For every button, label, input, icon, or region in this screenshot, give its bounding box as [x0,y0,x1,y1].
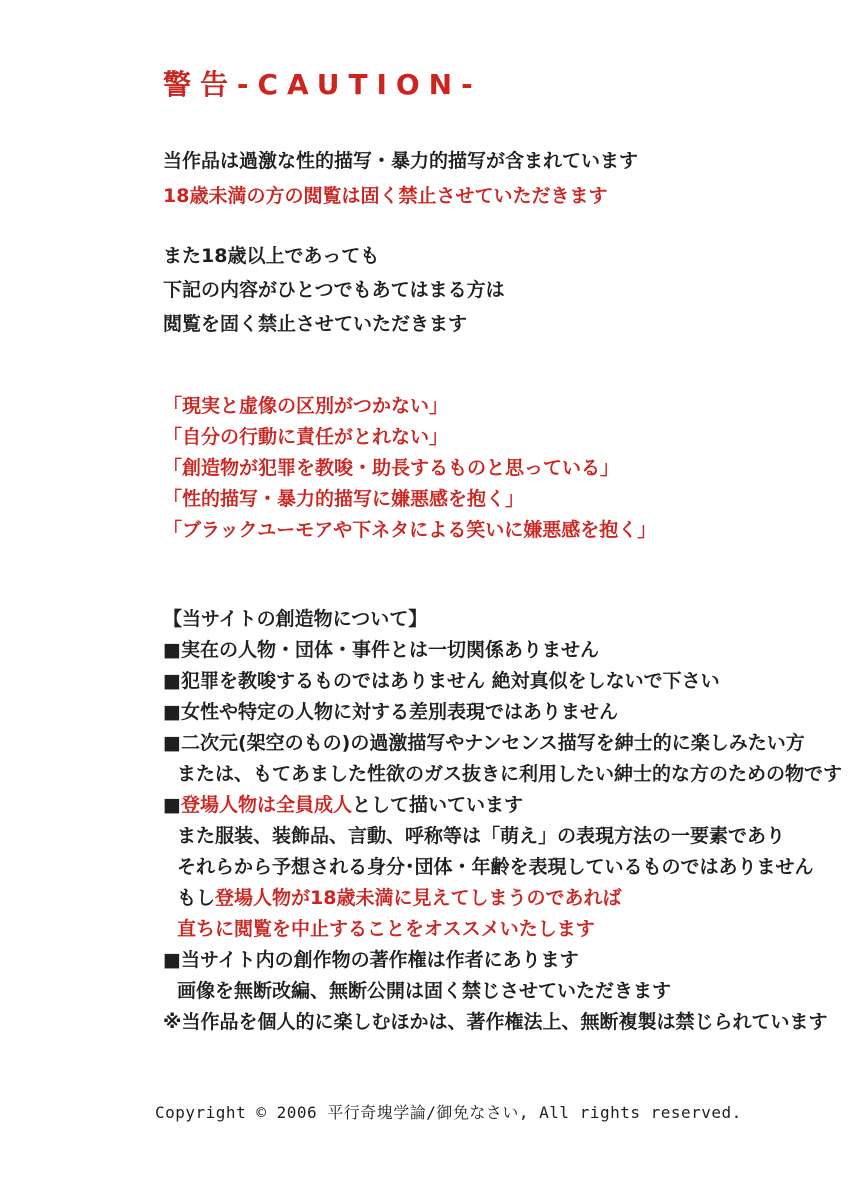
about-item-text: 実在の人物・団体・事件とは一切関係ありません [181,639,599,661]
conditions-intro-line: 閲覧を固く禁止させていただきます [163,307,810,341]
about-item: ■犯罪を教唆するものではありません 絶対真似をしないで下さい [163,666,810,697]
about-item-text: として描いています [352,794,523,816]
caution-page: 警告-CAUTION- 当作品は過激な性的描写・暴力的描写が含まれています 18… [0,0,848,1200]
site-creations-section: 【当サイトの創造物について】 ■実在の人物・団体・事件とは一切関係ありません ■… [163,604,810,1038]
condition-item: 「創造物が犯罪を教唆・助長するものと思っている」 [163,453,810,484]
square-bullet-icon: ■ [163,701,181,723]
about-item: ※当作品を個人的に楽しむほかは、著作権法上、無断複製は禁じられています [163,1007,810,1038]
conditions-intro-line: 下記の内容がひとつでもあてはまる方は [163,273,810,307]
about-item-text: また服装、装飾品、言動、呼称等は「萌え」の表現方法の一要素であり [177,825,785,847]
about-item-text: それらから予想される身分･団体・年齢を表現しているものではありません [177,856,814,878]
square-bullet-icon: ■ [163,670,181,692]
age-restriction-line: 18歳未満の方の閲覧は固く禁止させていただきます [163,179,810,214]
about-item: ■女性や特定の人物に対する差別表現ではありません [163,697,810,728]
condition-item: 「現実と虚像の区別がつかない」 [163,391,810,422]
about-item-text: または、もてあました性欲のガス抜きに利用したい紳士的な方のための物です [177,763,842,785]
about-item: ■当サイト内の創作物の著作権は作者にあります [163,945,810,976]
about-item: または、もてあました性欲のガス抜きに利用したい紳士的な方のための物です [163,759,810,790]
about-item-text: 二次元(架空のもの)の過激描写やナンセンス描写を紳士的に楽しみたい方 [181,732,805,754]
about-item: もし登場人物が18歳未満に見えてしまうのであれば [163,883,810,914]
about-item-text: 当サイト内の創作物の著作権は作者にあります [181,949,579,971]
about-item-red-text: 登場人物が18歳未満に見えてしまうのであれば [215,887,621,909]
about-item-text: 犯罪を教唆するものではありません 絶対真似をしないで下さい [181,670,720,692]
copyright-line: Copyright © 2006 平行奇塊学論/御免なさい, All right… [155,1100,810,1123]
about-item-red-text: 直ちに閲覧を中止することをオススメいたします [177,918,595,940]
about-heading: 【当サイトの創造物について】 [163,604,810,635]
square-bullet-icon: ■ [163,732,181,754]
square-bullet-icon: ■ [163,794,181,816]
conditions-intro-line: また18歳以上であっても [163,239,810,273]
about-item-text: 女性や特定の人物に対する差別表現ではありません [181,701,618,723]
about-item: ■実在の人物・団体・事件とは一切関係ありません [163,635,810,666]
about-item: ■登場人物は全員成人として描いています [163,790,810,821]
note-mark-icon: ※ [163,1011,181,1033]
condition-item: 「ブラックユーモアや下ネタによる笑いに嫌悪感を抱く」 [163,515,810,546]
about-item: それらから予想される身分･団体・年齢を表現しているものではありません [163,852,810,883]
page-title: 警告-CAUTION- [163,66,810,104]
about-item-red-text: 登場人物は全員成人 [181,794,352,816]
conditions-intro-section: また18歳以上であっても 下記の内容がひとつでもあてはまる方は 閲覧を固く禁止さ… [163,239,810,341]
about-item-text: もし [177,887,215,909]
condition-item: 「自分の行動に責任がとれない」 [163,422,810,453]
square-bullet-icon: ■ [163,949,181,971]
about-item-text: 当作品を個人的に楽しむほかは、著作権法上、無断複製は禁じられています [181,1011,827,1033]
about-item-text: 画像を無断改編、無断公開は固く禁じさせていただきます [177,980,671,1002]
intro-line: 当作品は過激な性的描写・暴力的描写が含まれています [163,144,810,179]
intro-section: 当作品は過激な性的描写・暴力的描写が含まれています 18歳未満の方の閲覧は固く禁… [163,144,810,214]
about-item: また服装、装飾品、言動、呼称等は「萌え」の表現方法の一要素であり [163,821,810,852]
square-bullet-icon: ■ [163,639,181,661]
condition-list: 「現実と虚像の区別がつかない」 「自分の行動に責任がとれない」 「創造物が犯罪を… [163,391,810,546]
about-item: ■二次元(架空のもの)の過激描写やナンセンス描写を紳士的に楽しみたい方 [163,728,810,759]
about-item: 直ちに閲覧を中止することをオススメいたします [163,914,810,945]
condition-item: 「性的描写・暴力的描写に嫌悪感を抱く」 [163,484,810,515]
about-item: 画像を無断改編、無断公開は固く禁じさせていただきます [163,976,810,1007]
